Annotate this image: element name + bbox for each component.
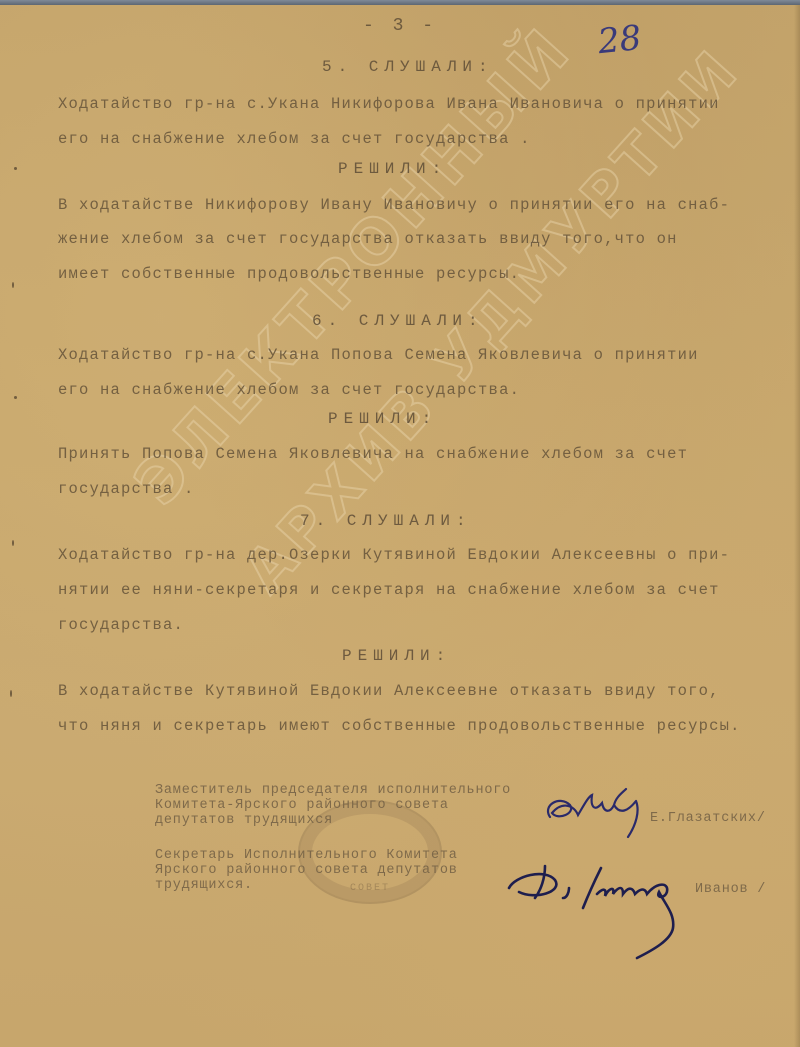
signatory-1-title-line: Заместитель председателя исполнительного [155,783,511,798]
paper-speck [10,690,12,697]
signatory-2-name: Иванов / [695,882,766,897]
item-5-decided-line: В ходатайстве Никифорову Ивану Ивановичу… [58,196,730,214]
item-7-decided-heading: РЕШИЛИ: [342,647,451,665]
paper-speck [12,540,14,546]
folio-number-handwritten: 28 [596,18,643,62]
page-edge-shadow [794,5,800,1047]
item-5-decided-heading: РЕШИЛИ: [338,160,447,178]
paper-speck [14,396,17,399]
item-5-heard-line: Ходатайство гр-на с.Укана Никифорова Ива… [58,95,720,113]
signatory-2-title-line: Секретарь Исполнительного Комитета [155,848,458,863]
item-7-heard-line: государства. [58,616,184,634]
signatory-2-title-line: трудящихся. [155,878,253,893]
item-7-heard-line: Ходатайство гр-на дер.Озерки Кутявиной Е… [58,546,730,564]
signatory-1-title-line: депутатов трудящихся [155,813,333,828]
item-6-heard-line: его на снабжение хлебом за счет государс… [58,381,520,399]
item-6-decided-line: Принять Попова Семена Яковлевича на снаб… [58,445,688,463]
stamp-text: СОВЕТ [300,883,440,894]
paper-speck [12,282,14,288]
signatory-2-title-line: Ярского районного совета депутатов [155,863,458,878]
signatory-1-name: Е.Глазатских/ [650,811,766,826]
item-7-heard-line: нятии ее няни-секретаря и секретаря на с… [58,581,720,599]
item-6-heard-line: Ходатайство гр-на с.Укана Попова Семена … [58,346,699,364]
item-6-decided-heading: РЕШИЛИ: [328,410,437,428]
item-5-decided-line: имеет собственные продовольственные ресу… [58,265,520,283]
item-6-heard-heading: 6. СЛУШАЛИ: [312,312,484,330]
paper-speck [14,167,17,170]
item-6-decided-line: государства . [58,480,195,498]
item-5-heard-heading: 5. СЛУШАЛИ: [322,58,494,76]
page-number: - 3 - [363,16,437,36]
item-7-heard-heading: 7. СЛУШАЛИ: [300,512,472,530]
signatory-1-title-line: Комитета-Ярского районного совета [155,798,449,813]
item-5-heard-line: его на снабжение хлебом за счет государс… [58,130,531,148]
item-7-decided-line: В ходатайстве Кутявиной Евдокии Алексеев… [58,682,720,700]
item-7-decided-line: что няня и секретарь имеют собственные п… [58,717,741,735]
item-5-decided-line: жение хлебом за счет государства отказат… [58,230,678,248]
